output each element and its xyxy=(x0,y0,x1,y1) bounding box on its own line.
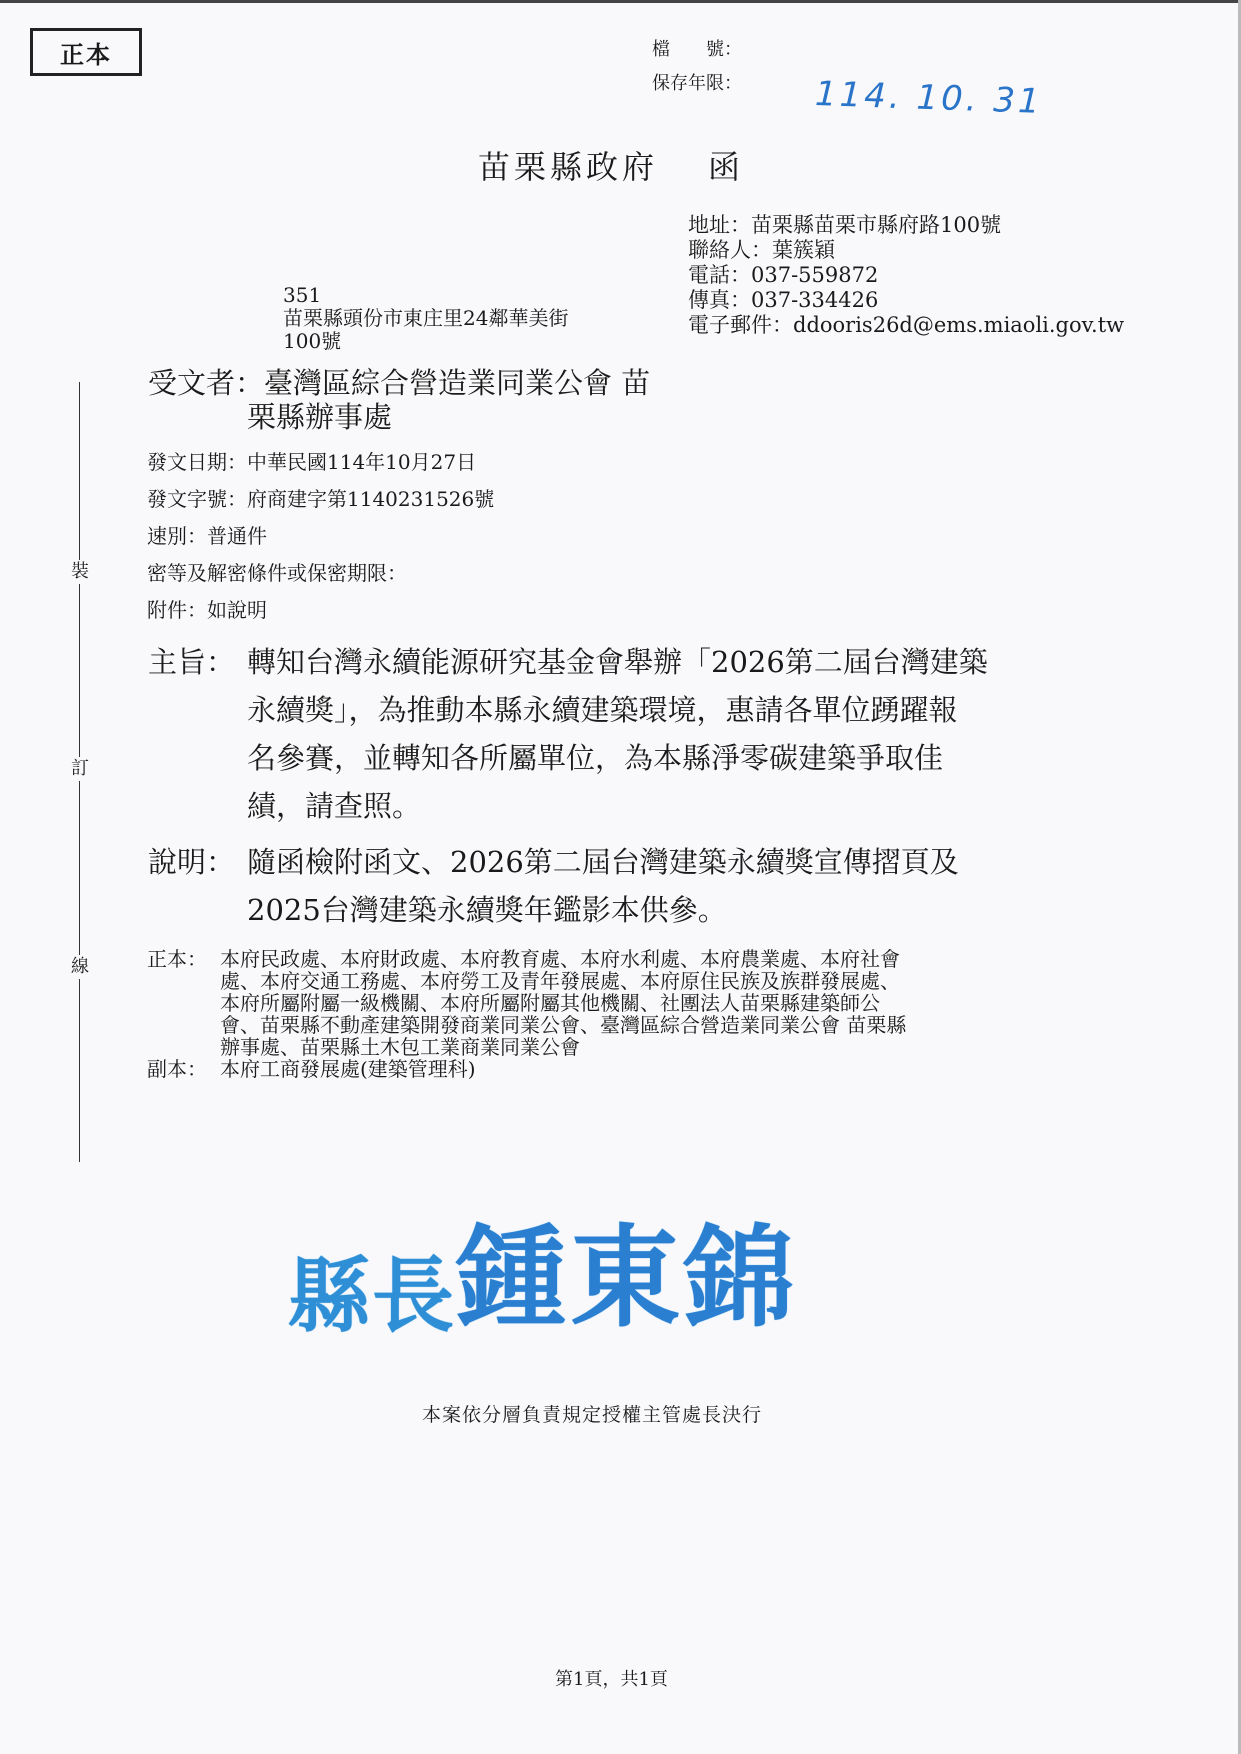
meta-priority: 速別：普通件 xyxy=(147,521,494,558)
original-recipients-line: 辦事處、苗栗縣土木包工業商業同業公會 xyxy=(220,1036,906,1058)
seal-title: 縣長 xyxy=(288,1248,456,1344)
description-body: 隨函檢附函文、2026第二屆台灣建築永續獎宣傳摺頁及 2025台灣建築永續獎年鑑… xyxy=(247,838,1237,934)
subject-line: 永續獎」，為推動本縣永續建築環境，惠請各單位踴躍報 xyxy=(247,686,1237,734)
original-recipients-line: 會、苗栗縣不動產建築開發商業同業公會、臺灣區綜合營造業同業公會 苗栗縣 xyxy=(220,1014,906,1036)
copy-recipients: 副本： 本府工商發展處(建築管理科) xyxy=(147,1058,906,1080)
file-number-row: 檔 號： xyxy=(652,33,742,67)
scan-edge-top xyxy=(0,0,1241,3)
postal-code: 351 xyxy=(283,284,568,307)
copy-type-label: 正本 xyxy=(60,35,112,70)
copy-type-box: 正本 xyxy=(30,28,142,76)
received-date-stamp: 114. 10. 31 xyxy=(814,74,1043,122)
meta-label: 發文字號： xyxy=(147,487,247,511)
delegation-note: 本案依分層負責規定授權主管處長決行 xyxy=(422,1400,762,1427)
meta-document-number: 發文字號：府商建字第1140231526號 xyxy=(147,484,494,521)
agency-name: 苗栗縣政府 xyxy=(478,148,658,186)
meta-label: 速別： xyxy=(147,524,207,548)
meta-value: 如說明 xyxy=(207,598,267,622)
recipient-address-line-2: 100號 xyxy=(283,330,568,353)
description-section: 說明： 隨函檢附函文、2026第二屆台灣建築永續獎宣傳摺頁及 2025台灣建築永… xyxy=(148,838,1237,934)
recipient-address-line-1: 苗栗縣頭份市東庄里24鄰華美街 xyxy=(283,307,568,330)
retention-label: 保存年限： xyxy=(652,67,742,101)
binding-mark-zhuang: 裝 xyxy=(68,560,92,584)
subject-label: 主旨： xyxy=(148,638,247,830)
sender-contact: 地址：苗栗縣苗栗市縣府路100號 聯絡人：葉簇穎 電話：037-559872 傳… xyxy=(688,213,1124,338)
copy-label: 副本： xyxy=(147,1058,220,1080)
document-meta: 發文日期：中華民國114年10月27日 發文字號：府商建字第1140231526… xyxy=(147,447,494,632)
original-recipients-line: 本府所屬附屬一級機關、本府所屬附屬其他機關、社團法人苗栗縣建築師公 xyxy=(220,992,906,1014)
meta-value: 中華民國114年10月27日 xyxy=(247,450,476,474)
seal-name: 鍾東錦 xyxy=(456,1213,798,1342)
contact-email: 電子郵件：ddooris26d@ems.miaoli.gov.tw xyxy=(688,313,1124,338)
subject-line: 績，請查照。 xyxy=(247,782,1237,830)
subject-body: 轉知台灣永續能源研究基金會舉辦「2026第二屆台灣建築 永續獎」，為推動本縣永續… xyxy=(247,638,1237,830)
original-recipients-line: 處、本府交通工務處、本府勞工及青年發展處、本府原住民族及族群發展處、 xyxy=(220,970,906,992)
meta-issue-date: 發文日期：中華民國114年10月27日 xyxy=(147,447,494,484)
original-recipients-line: 本府民政處、本府財政處、本府教育處、本府水利處、本府農業處、本府社會 xyxy=(220,948,906,970)
original-recipients: 正本： 本府民政處、本府財政處、本府教育處、本府水利處、本府農業處、本府社會 處… xyxy=(147,948,906,1058)
contact-phone: 電話：037-559872 xyxy=(688,263,1124,288)
recipient-address: 351 苗栗縣頭份市東庄里24鄰華美街 100號 xyxy=(283,284,568,353)
binding-mark-ding: 訂 xyxy=(68,757,92,781)
binding-mark-xian: 線 xyxy=(68,955,92,979)
copy-recipients-value: 本府工商發展處(建築管理科) xyxy=(220,1058,476,1080)
addressee-line-1: 臺灣區綜合營造業同業公會 苗 xyxy=(264,366,650,400)
meta-label: 附件： xyxy=(147,598,207,622)
subject-line: 名參賽，並轉知各所屬單位，為本縣淨零碳建築爭取佳 xyxy=(247,734,1237,782)
page-number: 第1頁，共1頁 xyxy=(555,1665,668,1691)
document-title: 苗栗縣政府函 xyxy=(478,142,744,188)
file-number-label: 檔 號： xyxy=(652,33,742,67)
contact-person: 聯絡人：葉簇穎 xyxy=(688,238,1124,263)
addressee-line-2: 栗縣辦事處 xyxy=(148,400,650,434)
retention-row: 保存年限： xyxy=(652,67,742,101)
meta-attachments: 附件：如說明 xyxy=(147,595,494,632)
meta-value: 府商建字第1140231526號 xyxy=(247,487,494,511)
subject-line: 轉知台灣永續能源研究基金會舉辦「2026第二屆台灣建築 xyxy=(247,638,1237,686)
magistrate-seal: 縣長鍾東錦 xyxy=(288,1190,798,1348)
sender-address: 地址：苗栗縣苗栗市縣府路100號 xyxy=(688,213,1124,238)
addressee-label: 受文者： xyxy=(148,366,264,400)
document-type: 函 xyxy=(708,148,744,186)
meta-value: 普通件 xyxy=(207,524,267,548)
contact-fax: 傳真：037-334426 xyxy=(688,288,1124,313)
description-line: 隨函檢附函文、2026第二屆台灣建築永續獎宣傳摺頁及 xyxy=(247,838,1237,886)
meta-label: 密等及解密條件或保密期限： xyxy=(147,561,407,585)
file-meta: 檔 號： 保存年限： xyxy=(652,33,742,101)
distribution-section: 正本： 本府民政處、本府財政處、本府教育處、本府水利處、本府農業處、本府社會 處… xyxy=(147,948,906,1080)
meta-classification: 密等及解密條件或保密期限： xyxy=(147,558,494,595)
description-line: 2025台灣建築永續獎年鑑影本供參。 xyxy=(247,886,1237,934)
meta-label: 發文日期： xyxy=(147,450,247,474)
description-label: 說明： xyxy=(148,838,247,934)
subject-section: 主旨： 轉知台灣永續能源研究基金會舉辦「2026第二屆台灣建築 永續獎」，為推動… xyxy=(148,638,1237,830)
original-label: 正本： xyxy=(147,948,220,1058)
addressee: 受文者：臺灣區綜合營造業同業公會 苗 栗縣辦事處 xyxy=(148,366,650,434)
